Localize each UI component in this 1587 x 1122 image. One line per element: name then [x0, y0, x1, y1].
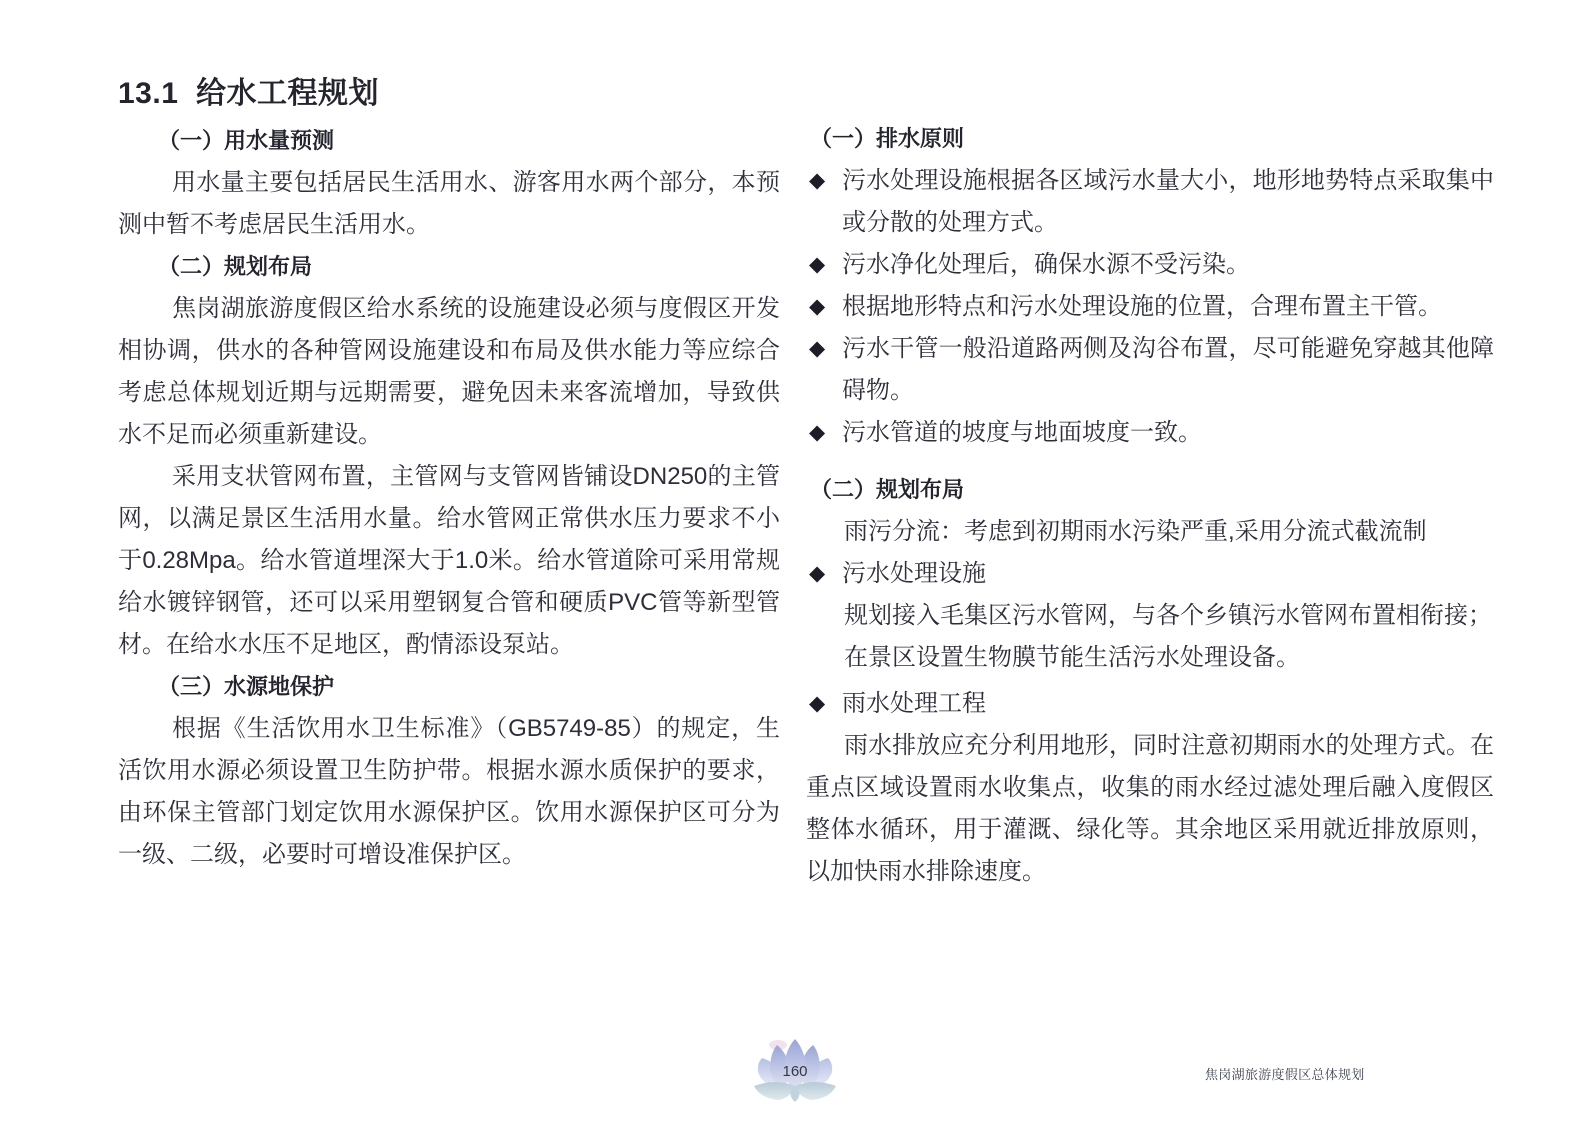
- bullet-text: 雨水处理工程: [842, 690, 986, 717]
- sewage-detail-line: 规划接入毛集区污水管网，与各个乡镇污水管网布置相衔接；: [844, 595, 1494, 637]
- paragraph: 雨水排放应充分利用地形，同时注意初期雨水的处理方式。在重点区域设置雨水收集点，收…: [806, 725, 1494, 893]
- diamond-bullet-icon: ◆: [809, 286, 825, 328]
- subsection-heading-source-protection: （三）水源地保护: [158, 666, 780, 708]
- document-page: 13.1 给水工程规划 （一）用水量预测 用水量主要包括居民生活用水、游客用水两…: [0, 0, 1587, 1122]
- list-item: ◆ 污水处理设施: [806, 553, 1494, 595]
- list-item: ◆ 污水管道的坡度与地面坡度一致。: [806, 412, 1494, 454]
- bullet-text: 污水处理设施根据各区域污水量大小，地形地势特点采取集中或分散的处理方式。: [842, 167, 1494, 236]
- diamond-bullet-icon: ◆: [809, 328, 825, 370]
- drainage-principles-list: ◆ 污水处理设施根据各区域污水量大小，地形地势特点采取集中或分散的处理方式。 ◆…: [806, 160, 1494, 454]
- bullet-text: 污水处理设施: [842, 560, 986, 587]
- footer-document-title: 焦岗湖旅游度假区总体规划: [1205, 1064, 1365, 1083]
- page-title: 13.1 给水工程规划: [118, 68, 379, 112]
- subsection-heading-layout: （二）规划布局: [158, 246, 780, 288]
- diamond-bullet-icon: ◆: [809, 683, 825, 725]
- diamond-bullet-icon: ◆: [809, 412, 825, 454]
- subsection-heading-drainage-principles: （一）排水原则: [810, 118, 1494, 160]
- sewage-detail-line: 在景区设置生物膜节能生活污水处理设备。: [844, 637, 1494, 679]
- list-item: ◆ 污水处理设施根据各区域污水量大小，地形地势特点采取集中或分散的处理方式。: [806, 160, 1494, 244]
- bullet-text: 污水净化处理后，确保水源不受污染。: [842, 251, 1250, 278]
- list-item: ◆ 雨水处理工程: [806, 683, 1494, 725]
- list-item: ◆ 污水净化处理后，确保水源不受污染。: [806, 244, 1494, 286]
- rainwater-project-list: ◆ 雨水处理工程: [806, 683, 1494, 725]
- paragraph: 根据《生活饮用水卫生标准》（GB5749-85）的规定，生活饮用水源必须设置卫生…: [118, 708, 780, 876]
- subsection-heading-plan-layout: （二）规划布局: [810, 469, 1494, 511]
- rain-sewage-note: 雨污分流：考虑到初期雨水污染严重,采用分流式截流制: [844, 511, 1494, 553]
- paragraph: 焦岗湖旅游度假区给水系统的设施建设必须与度假区开发相协调，供水的各种管网设施建设…: [118, 288, 780, 456]
- diamond-bullet-icon: ◆: [809, 553, 825, 595]
- bullet-text: 污水干管一般沿道路两侧及沟谷布置，尽可能避免穿越其他障碍物。: [842, 335, 1494, 404]
- list-item: ◆ 根据地形特点和污水处理设施的位置，合理布置主干管。: [806, 286, 1494, 328]
- bullet-text: 根据地形特点和污水处理设施的位置，合理布置主干管。: [842, 293, 1442, 320]
- diamond-bullet-icon: ◆: [809, 160, 825, 202]
- page-number: 160: [748, 1063, 842, 1080]
- sewage-facility-list: ◆ 污水处理设施: [806, 553, 1494, 595]
- paragraph: 采用支状管网布置，主管网与支管网皆铺设DN250的主管网，以满足景区生活用水量。…: [118, 456, 780, 666]
- list-item: ◆ 污水干管一般沿道路两侧及沟谷布置，尽可能避免穿越其他障碍物。: [806, 328, 1494, 412]
- right-column: （一）排水原则 ◆ 污水处理设施根据各区域污水量大小，地形地势特点采取集中或分散…: [806, 118, 1494, 893]
- subsection-heading-water-demand: （一）用水量预测: [158, 120, 780, 162]
- left-column: （一）用水量预测 用水量主要包括居民生活用水、游客用水两个部分，本预测中暂不考虑…: [118, 120, 780, 876]
- paragraph: 用水量主要包括居民生活用水、游客用水两个部分，本预测中暂不考虑居民生活用水。: [118, 162, 780, 246]
- bullet-text: 污水管道的坡度与地面坡度一致。: [842, 419, 1202, 446]
- diamond-bullet-icon: ◆: [809, 244, 825, 286]
